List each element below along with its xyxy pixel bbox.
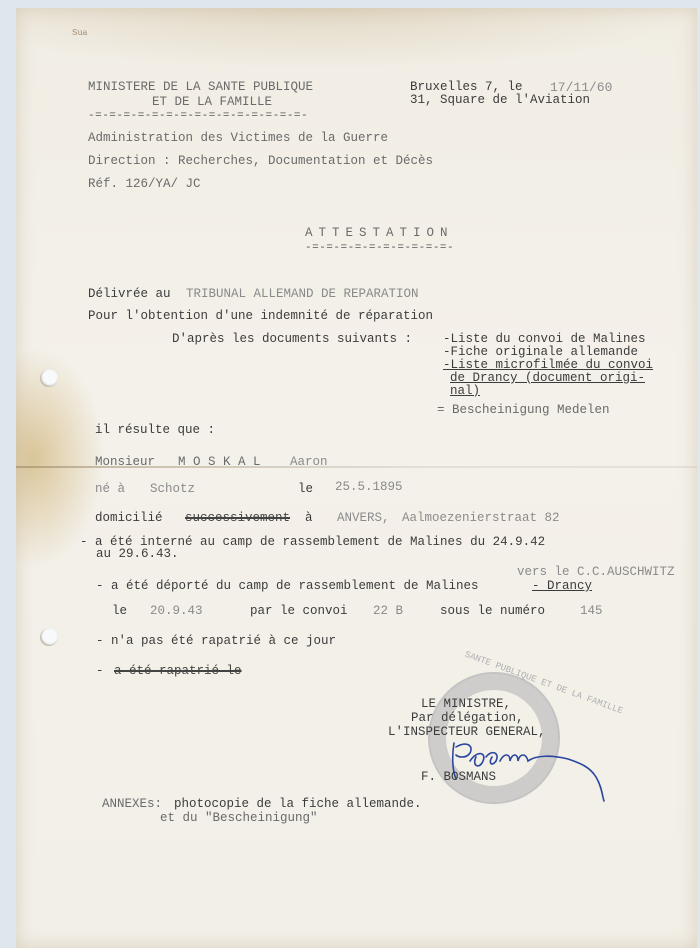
reference-line: Réf. 126/YA/ JC [88, 177, 201, 192]
address-line: 31, Square de l'Aviation [410, 93, 590, 108]
delivered-to: TRIBUNAL ALLEMAND DE REPARATION [186, 287, 419, 302]
delivered-label: Délivrée au [88, 287, 171, 302]
administration-line: Administration des Victimes de la Guerre [88, 131, 388, 146]
convoy-number: 22 B [373, 604, 403, 619]
punch-hole [40, 369, 58, 387]
result-intro: il résulte que : [95, 423, 215, 438]
person-title: Monsieur [95, 455, 155, 470]
ministry-line-1: MINISTERE DE LA SANTE PUBLIQUE [88, 80, 313, 95]
number-label: sous le numéro [440, 604, 545, 619]
document-item: nal) [450, 384, 480, 399]
repatriated-struck: a été rapatrié le [114, 664, 242, 679]
domicile-struck: successivement [185, 511, 290, 526]
born-label: né à [95, 482, 125, 497]
domicile-street: Aalmoezenierstraat 82 [402, 511, 560, 526]
deportation-date: 20.9.43 [150, 604, 203, 619]
ministry-line-2: ET DE LA FAMILLE [152, 95, 272, 110]
birthplace: Schotz [150, 482, 195, 497]
punch-hole [40, 628, 58, 646]
deportation-line: - a été déporté du camp de rassemblement… [96, 579, 479, 594]
deportation-struck: - Drancy [532, 579, 592, 594]
deportation-insert: vers le C.C.AUSCHWITZ [517, 565, 675, 580]
birth-date: 25.5.1895 [335, 480, 403, 495]
title-underline: -=-=-=-=-=-=-=-=-=-=- [305, 242, 454, 254]
repatriated-dash: - [96, 664, 104, 679]
born-on-label: le [298, 482, 313, 497]
annexes-line-2: et du "Bescheinigung" [160, 811, 318, 826]
direction-line: Direction : Recherches, Documentation et… [88, 154, 433, 169]
document-title: ATTESTATION [305, 226, 454, 241]
deportation-on-label: le [112, 604, 127, 619]
signature-line-2: Par délégation, [411, 711, 524, 726]
purpose-line: Pour l'obtention d'une indemnité de répa… [88, 309, 433, 324]
person-surname: M O S K A L [178, 455, 261, 470]
not-repatriated-line: - n'a pas été rapatrié à ce jour [96, 634, 336, 649]
domicile-city: ANVERS, [337, 511, 390, 526]
domicile-at: à [305, 511, 313, 526]
convoy-label: par le convoi [250, 604, 348, 619]
internment-line-2: au 29.6.43. [96, 547, 179, 562]
deportee-number: 145 [580, 604, 603, 619]
corner-mark: Sua [72, 28, 87, 37]
signatory-name: F. BOSMANS [421, 770, 496, 785]
domicile-label: domicilié [95, 511, 163, 526]
signature-line-1: LE MINISTRE, [421, 697, 511, 712]
document-item: = Bescheinigung Medelen [437, 403, 610, 418]
annexes-label: ANNEXEs: [102, 797, 162, 812]
person-firstname: Aaron [290, 455, 328, 470]
documents-intro: D'après les documents suivants : [172, 332, 412, 347]
header-separator: -=-=-=-=-=-=-=-=-=-=-=-=-=-=-=- [88, 110, 308, 122]
annexes-line-1: photocopie de la fiche allemande. [174, 797, 422, 812]
